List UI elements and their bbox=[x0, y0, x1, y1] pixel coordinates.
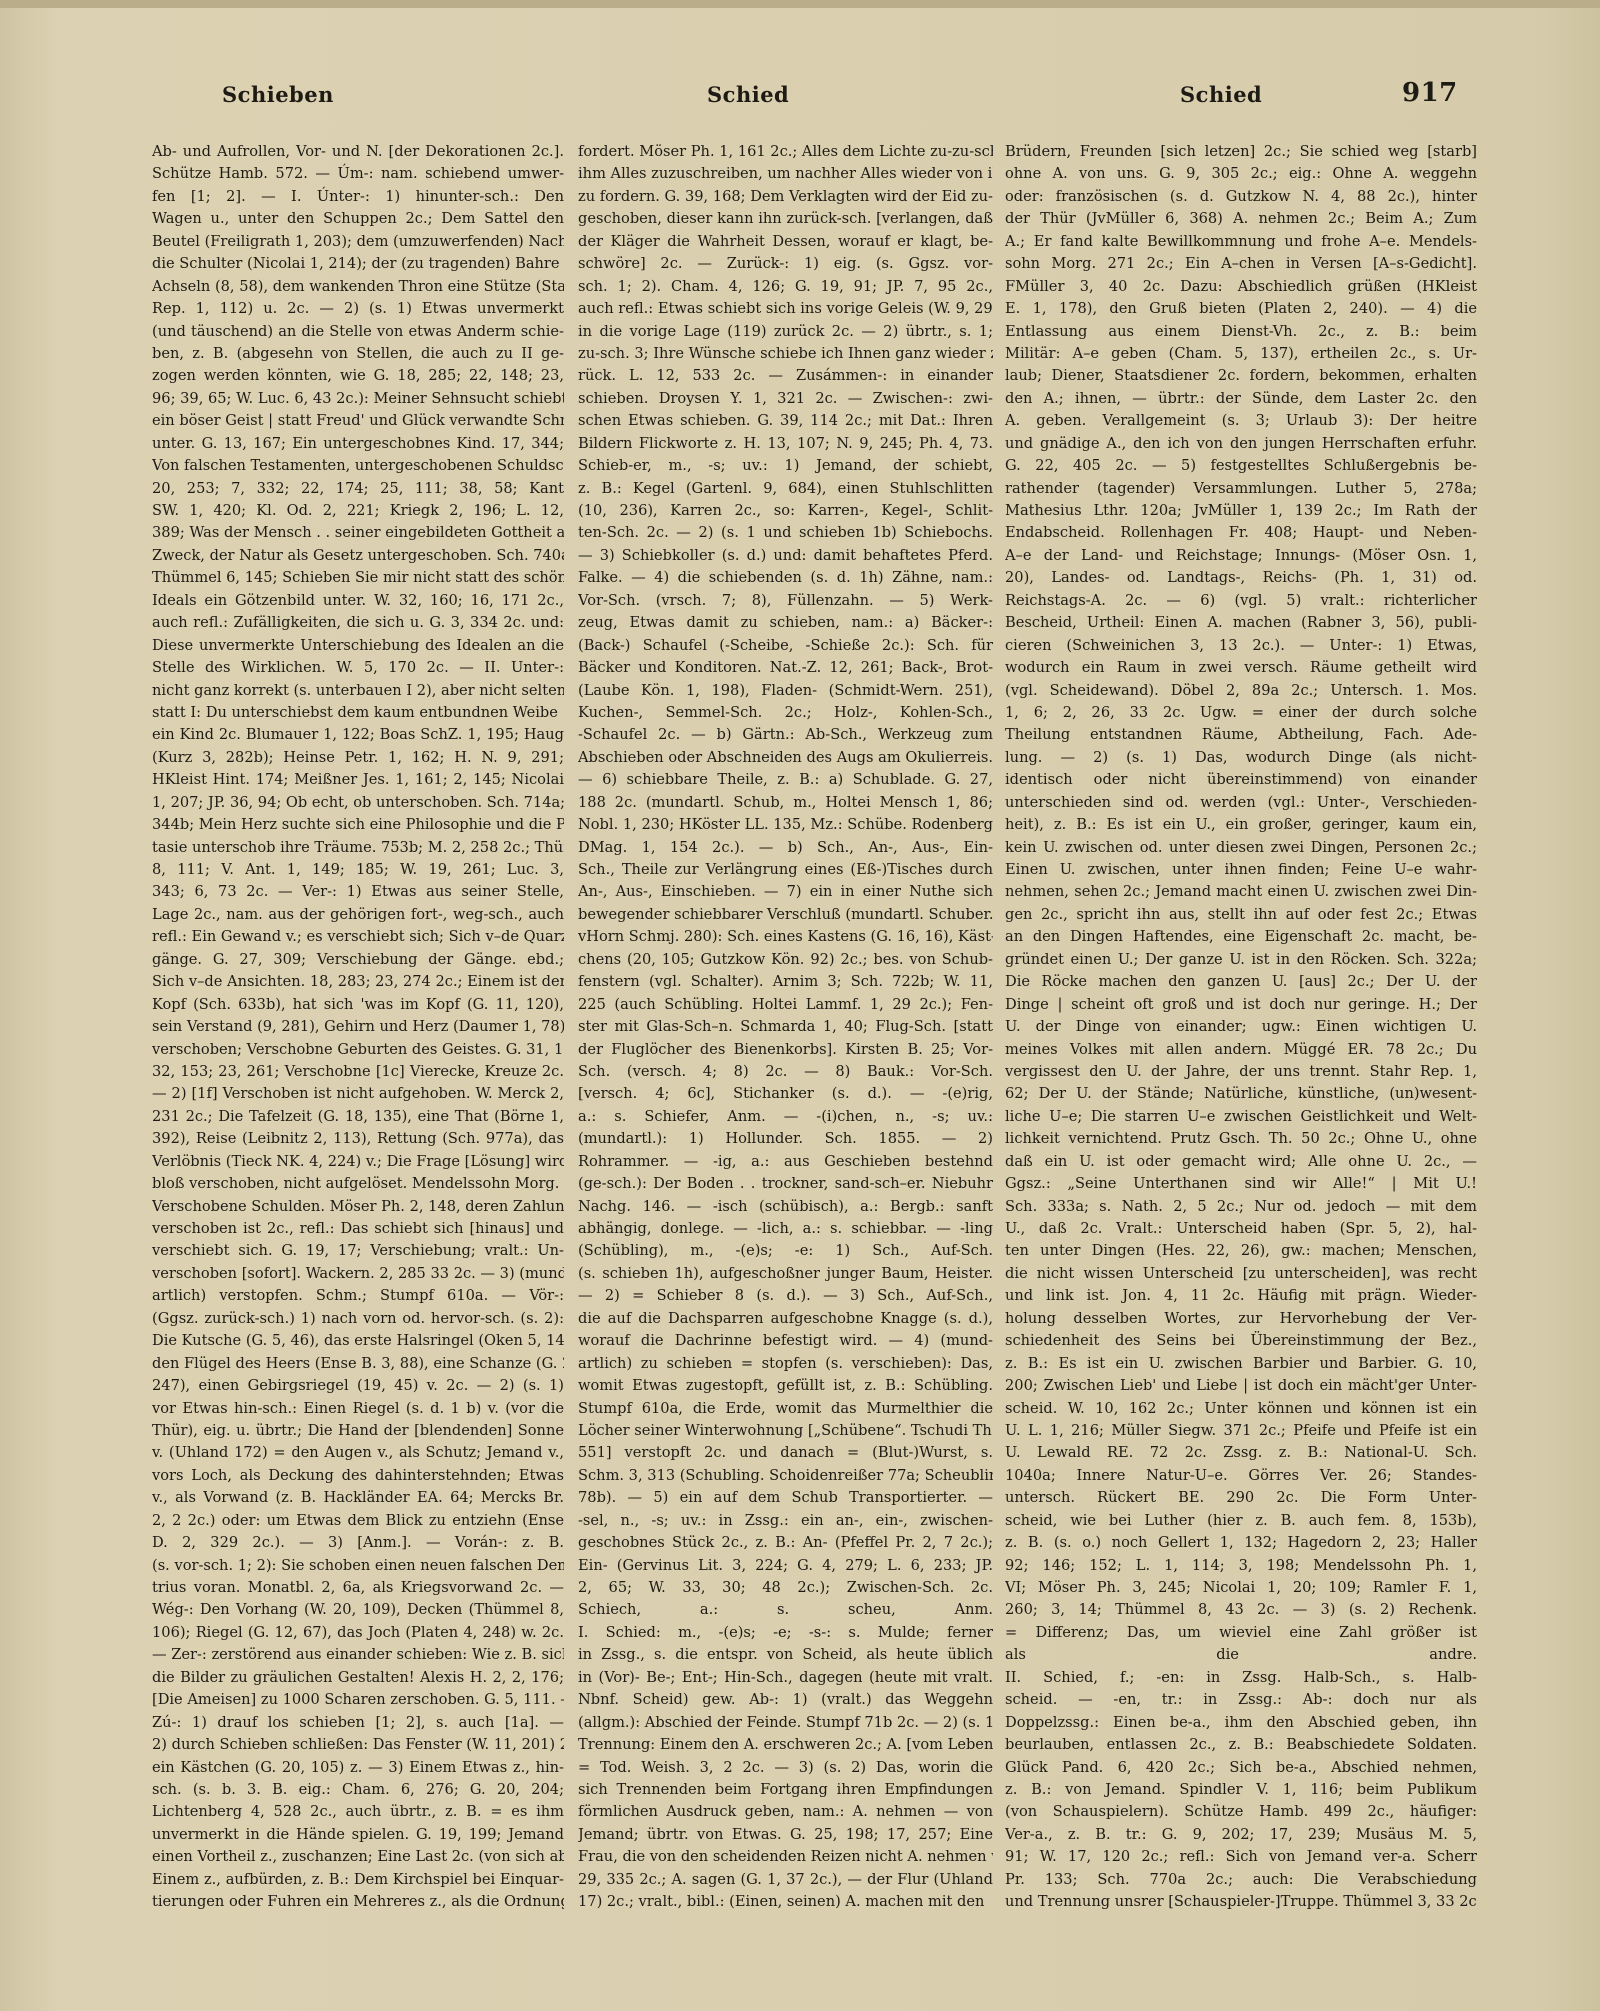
text-line: Zú-: 1) drauf los schieben [1; 2], s. au… bbox=[152, 1712, 564, 1734]
text-line: tasie unterschob ihre Träume. 753b; M. 2… bbox=[152, 837, 564, 859]
text-line: Rohrammer. — -ig, a.: aus Geschieben bes… bbox=[578, 1151, 993, 1173]
text-line: Wég-: Den Vorhang (W. 20, 109), Decken (… bbox=[152, 1599, 564, 1621]
text-line: den A.; ihnen, — übrtr.: der Sünde, dem … bbox=[1005, 388, 1477, 410]
dictionary-page: Schieben Schied Schied 917 Ab- und Aufro… bbox=[0, 0, 1600, 2011]
text-column-left: Ab- und Aufrollen, Vor- und N. [der Deko… bbox=[152, 141, 564, 1914]
text-line: schwöre] 2c. — Zurück-: 1) eig. (s. Ggsz… bbox=[578, 253, 993, 275]
text-line: II. Schied, f.; -en: in Zssg. Halb-Sch.,… bbox=[1005, 1667, 1477, 1689]
text-line: (vgl. Scheidewand). Döbel 2, 89a 2c.; Un… bbox=[1005, 680, 1477, 702]
text-line: (Schübling), m., -(e)s; -e: 1) Sch., Auf… bbox=[578, 1240, 993, 1262]
text-line: Brüdern, Freunden [sich letzen] 2c.; Sie… bbox=[1005, 141, 1477, 163]
text-line: VI; Möser Ph. 3, 245; Nicolai 1, 20; 109… bbox=[1005, 1577, 1477, 1599]
text-line: Bäcker und Konditoren. Nat.-Z. 12, 261; … bbox=[578, 657, 993, 679]
text-line: 260; 3, 14; Thümmel 8, 43 2c. — 3) (s. 2… bbox=[1005, 1599, 1477, 1621]
text-line: cieren (Schweinichen 3, 13 2c.). — Unter… bbox=[1005, 635, 1477, 657]
text-line: Ver-a., z. B. tr.: G. 9, 202; 17, 239; M… bbox=[1005, 1824, 1477, 1846]
text-line: vHorn Schmj. 280): Sch. eines Kastens (G… bbox=[578, 926, 993, 948]
text-line: — 6) schiebbare Theile, z. B.: a) Schubl… bbox=[578, 769, 993, 791]
text-line: Schm. 3, 313 (Schubling. Schoidenreißer … bbox=[578, 1465, 993, 1487]
text-line: 231 2c.; Die Tafelzeit (G. 18, 135), ein… bbox=[152, 1106, 564, 1128]
text-line: wodurch ein Raum in zwei versch. Räume g… bbox=[1005, 657, 1477, 679]
text-line: vor Etwas hin-sch.: Einen Riegel (s. d. … bbox=[152, 1398, 564, 1420]
text-line: Einen U. zwischen, unter ihnen finden; F… bbox=[1005, 859, 1477, 881]
text-line: oder: französischen (s. d. Gutzkow N. 4,… bbox=[1005, 186, 1477, 208]
text-line: (Ggsz. zurück-sch.) 1) nach vorn od. her… bbox=[152, 1308, 564, 1330]
text-line: Sch. 333a; s. Nath. 2, 5 2c.; Nur od. je… bbox=[1005, 1196, 1477, 1218]
text-line: A–e der Land- und Reichstage; Innungs- (… bbox=[1005, 545, 1477, 567]
text-line: Von falschen Testamenten, untergeschoben… bbox=[152, 455, 564, 477]
text-line: 344b; Mein Herz suchte sich eine Philoso… bbox=[152, 814, 564, 836]
text-line: Diese unvermerkte Unterschiebung des Ide… bbox=[152, 635, 564, 657]
text-line: heit), z. B.: Es ist ein U., ein großer,… bbox=[1005, 814, 1477, 836]
text-line: in Zssg., s. die entspr. von Scheid, als… bbox=[578, 1644, 993, 1666]
text-line: (Kurz 3, 282b); Heinse Petr. 1, 162; H. … bbox=[152, 747, 564, 769]
text-line: Wagen u., unter den Schuppen 2c.; Dem Sa… bbox=[152, 208, 564, 230]
text-line: Löcher seiner Winterwohnung [„Schübene“.… bbox=[578, 1420, 993, 1442]
text-line: (Back-) Schaufel (-Scheibe, -Schieße 2c.… bbox=[578, 635, 993, 657]
text-line: sich Trennenden beim Fortgang ihren Empf… bbox=[578, 1779, 993, 1801]
text-line: Verlöbnis (Tieck NK. 4, 224) v.; Die Fra… bbox=[152, 1151, 564, 1173]
text-line: kein U. zwischen od. unter diesen zwei D… bbox=[1005, 837, 1477, 859]
text-line: Stumpf 610a, die Erde, womit das Murmelt… bbox=[578, 1398, 993, 1420]
text-column-right: Brüdern, Freunden [sich letzen] 2c.; Sie… bbox=[1005, 141, 1477, 1914]
text-line: E. 1, 178), den Gruß bieten (Platen 2, 2… bbox=[1005, 298, 1477, 320]
text-line: verschoben ist 2c., refl.: Das schiebt s… bbox=[152, 1218, 564, 1240]
text-line: 8, 111; V. Ant. 1, 149; 185; W. 19, 261;… bbox=[152, 859, 564, 881]
text-line: = Differenz; Das, um wieviel eine Zahl g… bbox=[1005, 1622, 1477, 1644]
text-line: ihm Alles zuzuschreiben, um nachher Alle… bbox=[578, 163, 993, 185]
text-line: (allgm.): Abschied der Feinde. Stumpf 71… bbox=[578, 1712, 993, 1734]
text-line: 17) 2c.; vralt., bibl.: (Einen, seinen) … bbox=[578, 1891, 993, 1913]
text-line: ster mit Glas-Sch–n. Schmarda 1, 40; Flu… bbox=[578, 1016, 993, 1038]
text-line: 389; Was der Mensch . . seiner eingebild… bbox=[152, 522, 564, 544]
text-line: (Laube Kön. 1, 198), Fladen- (Schmidt-We… bbox=[578, 680, 993, 702]
text-line: G. 22, 405 2c. — 5) festgestelltes Schlu… bbox=[1005, 455, 1477, 477]
page-top-edge bbox=[0, 0, 1600, 8]
text-line: sch. (s. b. 3. B. eig.: Cham. 6, 276; G.… bbox=[152, 1779, 564, 1801]
text-line: statt I: Du unterschiebst dem kaum entbu… bbox=[152, 702, 564, 724]
text-line: Zweck, der Natur als Gesetz untergeschob… bbox=[152, 545, 564, 567]
text-line: gen 2c., spricht ihn aus, stellt ihn auf… bbox=[1005, 904, 1477, 926]
text-line: sohn Morg. 271 2c.; Ein A–chen in Versen… bbox=[1005, 253, 1477, 275]
text-line: auch refl.: Zufälligkeiten, die sich u. … bbox=[152, 612, 564, 634]
text-line: vergissest den U. der Jahre, der uns tre… bbox=[1005, 1061, 1477, 1083]
text-line: ben, z. B. (abgesehn von Stellen, die au… bbox=[152, 343, 564, 365]
text-line: geschobnes Stück 2c., z. B.: An- (Pfeffe… bbox=[578, 1532, 993, 1554]
text-line: laub; Diener, Staatsdiener 2c. fordern, … bbox=[1005, 365, 1477, 387]
text-line: Falke. — 4) die schiebenden (s. d. 1h) Z… bbox=[578, 567, 993, 589]
text-line: (und täuschend) an die Stelle von etwas … bbox=[152, 321, 564, 343]
text-line: der Fluglöcher des Bienenkorbs]. Kirsten… bbox=[578, 1039, 993, 1061]
text-line: SW. 1, 420; Kl. Od. 2, 221; Kriegk 2, 19… bbox=[152, 500, 564, 522]
text-line: (ge-sch.): Der Boden . . trockner, sand-… bbox=[578, 1173, 993, 1195]
text-line: a.: s. Schiefer, Anm. — -(i)chen, n., -s… bbox=[578, 1106, 993, 1128]
text-line: rück. L. 12, 533 2c. — Zusámmen-: in ein… bbox=[578, 365, 993, 387]
text-line: tierungen oder Fuhren ein Mehreres z., a… bbox=[152, 1891, 564, 1913]
text-line: A. geben. Verallgemeint (s. 3; Urlaub 3)… bbox=[1005, 410, 1477, 432]
text-line: fen [1; 2]. — I. Únter-: 1) hinunter-sch… bbox=[152, 186, 564, 208]
text-line: und gnädige A., den ich von den jungen H… bbox=[1005, 433, 1477, 455]
text-line: die Bilder zu gräulichen Gestalten! Alex… bbox=[152, 1667, 564, 1689]
text-line: zogen werden könnten, wie G. 18, 285; 22… bbox=[152, 365, 564, 387]
text-line: (von Schauspielern). Schütze Hamb. 499 2… bbox=[1005, 1801, 1477, 1823]
text-line: 96; 39, 65; W. Luc. 6, 43 2c.): Meiner S… bbox=[152, 388, 564, 410]
text-line: Frau, die von den scheidenden Reizen nic… bbox=[578, 1846, 993, 1868]
text-line: ein Kästchen (G. 20, 105) z. — 3) Einem … bbox=[152, 1757, 564, 1779]
text-line: gänge. G. 27, 309; Verschiebung der Gäng… bbox=[152, 949, 564, 971]
text-line: den Flügel des Heers (Ense B. 3, 88), ei… bbox=[152, 1353, 564, 1375]
text-line: 1, 6; 2, 26, 33 2c. Ugw. = einer der dur… bbox=[1005, 702, 1477, 724]
text-line: zeug, Etwas damit zu schieben, nam.: a) … bbox=[578, 612, 993, 634]
text-line: schiedenheit des Seins bei Übereinstimmu… bbox=[1005, 1330, 1477, 1352]
text-line: womit Etwas zugestopft, gefüllt ist, z. … bbox=[578, 1375, 993, 1397]
text-line: 225 (auch Schübling. Holtei Lammf. 1, 29… bbox=[578, 994, 993, 1016]
text-line: 247), einen Gebirgsriegel (19, 45) v. 2c… bbox=[152, 1375, 564, 1397]
text-line: unvermerkt in die Hände spielen. G. 19, … bbox=[152, 1824, 564, 1846]
text-line: 2) durch Schieben schließen: Das Fenster… bbox=[152, 1734, 564, 1756]
running-head-left: Schieben bbox=[222, 82, 334, 107]
text-line: scheid, wie bei Luther (hier z. B. auch … bbox=[1005, 1510, 1477, 1532]
text-line: verschoben [sofort]. Wackern. 2, 285 33 … bbox=[152, 1263, 564, 1285]
text-line: — Zer-: zerstörend aus einander schieben… bbox=[152, 1644, 564, 1666]
text-line: v. (Uhland 172) = den Augen v., als Schu… bbox=[152, 1442, 564, 1464]
text-line: Bildern Flickworte z. H. 13, 107; N. 9, … bbox=[578, 433, 993, 455]
text-line: lung. — 2) (s. 1) Das, wodurch Dinge (al… bbox=[1005, 747, 1477, 769]
text-line: z. B.: von Jemand. Spindler V. 1, 116; b… bbox=[1005, 1779, 1477, 1801]
text-line: Lichtenberg 4, 528 2c., auch übrtr., z. … bbox=[152, 1801, 564, 1823]
text-line: artlich) verstopfen. Schm.; Stumpf 610a.… bbox=[152, 1285, 564, 1307]
text-line: einen Vortheil z., zuschanzen; Eine Last… bbox=[152, 1846, 564, 1868]
text-line: Schiech, a.: s. scheu, Anm. bbox=[578, 1599, 993, 1621]
text-line: Pr. 133; Sch. 770a 2c.; auch: Die Verabs… bbox=[1005, 1869, 1477, 1891]
text-line: fenstern (vgl. Schalter). Arnim 3; Sch. … bbox=[578, 971, 993, 993]
text-line: ein Kind 2c. Blumauer 1, 122; Boas SchZ.… bbox=[152, 724, 564, 746]
text-line: worauf die Dachrinne befestigt wird. — 4… bbox=[578, 1330, 993, 1352]
text-line: = Tod. Weish. 3, 2 2c. — 3) (s. 2) Das, … bbox=[578, 1757, 993, 1779]
text-line: bloß verschoben, nicht aufgelöset. Mende… bbox=[152, 1173, 564, 1195]
text-line: Ideals ein Götzenbild unter. W. 32, 160;… bbox=[152, 590, 564, 612]
text-line: die Schulter (Nicolai 1, 214); der (zu t… bbox=[152, 253, 564, 275]
text-line: Dinge | scheint oft groß und ist doch nu… bbox=[1005, 994, 1477, 1016]
text-line: (s. vor-sch. 1; 2): Sie schoben einen ne… bbox=[152, 1555, 564, 1577]
text-line: zu-sch. 3; Ihre Wünsche schiebe ich Ihne… bbox=[578, 343, 993, 365]
text-line: die nicht wissen Unterscheid [zu untersc… bbox=[1005, 1263, 1477, 1285]
text-line: sch. 1; 2). Cham. 4, 126; G. 19, 91; JP.… bbox=[578, 276, 993, 298]
text-line: ten unter Dingen (Hes. 22, 26), gw.: mac… bbox=[1005, 1240, 1477, 1262]
text-line: 91; W. 17, 120 2c.; refl.: Sich von Jema… bbox=[1005, 1846, 1477, 1868]
running-head-right: Schied bbox=[1180, 82, 1262, 107]
text-line: Mathesius Lthr. 120a; JvMüller 1, 139 2c… bbox=[1005, 500, 1477, 522]
text-line: 62; Der U. der Stände; Natürliche, künst… bbox=[1005, 1083, 1477, 1105]
text-line: abhängig, donlege. — -lich, a.: s. schie… bbox=[578, 1218, 993, 1240]
text-line: daß ein U. ist oder gemacht wird; Alle o… bbox=[1005, 1151, 1477, 1173]
text-line: Sch. (versch. 4; 8) 2c. — 8) Bauk.: Vor-… bbox=[578, 1061, 993, 1083]
text-line: — 3) Schiebkoller (s. d.) und: damit beh… bbox=[578, 545, 993, 567]
text-line: Die Röcke machen den ganzen U. [aus] 2c.… bbox=[1005, 971, 1477, 993]
text-line: sein Verstand (9, 281), Gehirn und Herz … bbox=[152, 1016, 564, 1038]
text-line: z. B.: Kegel (Gartenl. 9, 684), einen St… bbox=[578, 478, 993, 500]
text-line: -Schaufel 2c. — b) Gärtn.: Ab-Sch., Werk… bbox=[578, 724, 993, 746]
page-number: 917 bbox=[1402, 78, 1458, 108]
text-line: schieben. Droysen Y. 1, 321 2c. — Zwisch… bbox=[578, 388, 993, 410]
text-line: 2, 65; W. 33, 30; 48 2c.); Zwischen-Sch.… bbox=[578, 1577, 993, 1599]
text-line: Trennung: Einem den A. erschweren 2c.; A… bbox=[578, 1734, 993, 1756]
text-line: meines Volkes mit allen andern. Müggé ER… bbox=[1005, 1039, 1477, 1061]
text-line: zu fordern. G. 39, 168; Dem Verklagten w… bbox=[578, 186, 993, 208]
text-line: Rep. 1, 112) u. 2c. — 2) (s. 1) Etwas un… bbox=[152, 298, 564, 320]
text-line: A.; Er fand kalte Bewillkommnung und fro… bbox=[1005, 231, 1477, 253]
text-line: auch refl.: Etwas schiebt sich ins vorig… bbox=[578, 298, 993, 320]
text-line: Stelle des Wirklichen. W. 5, 170 2c. — I… bbox=[152, 657, 564, 679]
text-line: scheid. — -en, tr.: in Zssg.: Ab-: doch … bbox=[1005, 1689, 1477, 1711]
text-line: nehmen, sehen 2c.; Jemand macht einen U.… bbox=[1005, 881, 1477, 903]
text-line: Einem z., aufbürden, z. B.: Dem Kirchspi… bbox=[152, 1869, 564, 1891]
text-line: 392), Reise (Leibnitz 2, 113), Rettung (… bbox=[152, 1128, 564, 1150]
text-line: 1, 207; JP. 36, 94; Ob echt, ob untersch… bbox=[152, 792, 564, 814]
text-line: DMag. 1, 154 2c.). — b) Sch., An-, Aus-,… bbox=[578, 837, 993, 859]
text-line: (mundartl.): 1) Hollunder. Sch. 1855. — … bbox=[578, 1128, 993, 1150]
text-line: -sel, n., -s; uv.: in Zssg.: ein an-, ei… bbox=[578, 1510, 993, 1532]
text-line: 92; 146; 152; L. 1, 114; 3, 198; Mendels… bbox=[1005, 1555, 1477, 1577]
text-line: in die vorige Lage (119) zurück 2c. — 2)… bbox=[578, 321, 993, 343]
text-column-middle: fordert. Möser Ph. 1, 161 2c.; Alles dem… bbox=[578, 141, 993, 1914]
text-line: trius voran. Monatbl. 2, 6a, als Kriegsv… bbox=[152, 1577, 564, 1599]
text-line: 1040a; Innere Natur-U–e. Görres Ver. 26;… bbox=[1005, 1465, 1477, 1487]
text-line: gründet einen U.; Der ganze U. ist in de… bbox=[1005, 949, 1477, 971]
text-line: Die Kutsche (G. 5, 46), das erste Halsri… bbox=[152, 1330, 564, 1352]
text-line: Theilung entstandnen Räume, Abtheilung, … bbox=[1005, 724, 1477, 746]
text-line: Bescheid, Urtheil: Einen A. machen (Rabn… bbox=[1005, 612, 1477, 634]
text-line: Beutel (Freiligrath 1, 203); dem (umzuwe… bbox=[152, 231, 564, 253]
text-line: holung desselben Wortes, zur Hervorhebun… bbox=[1005, 1308, 1477, 1330]
text-line: Kuchen-, Semmel-Sch. 2c.; Holz-, Kohlen-… bbox=[578, 702, 993, 724]
text-line: Ggsz.: „Seine Unterthanen sind wir Alle!… bbox=[1005, 1173, 1477, 1195]
text-line: Militär: A–e geben (Cham. 5, 137), erthe… bbox=[1005, 343, 1477, 365]
text-line: Glück Pand. 6, 420 2c.; Sich be-a., Absc… bbox=[1005, 1757, 1477, 1779]
text-line: 20), Landes- od. Landtags-, Reichs- (Ph.… bbox=[1005, 567, 1477, 589]
text-line: [Die Ameisen] zu 1000 Scharen zerschoben… bbox=[152, 1689, 564, 1711]
text-line: fordert. Möser Ph. 1, 161 2c.; Alles dem… bbox=[578, 141, 993, 163]
text-line: Thümmel 6, 145; Schieben Sie mir nicht s… bbox=[152, 567, 564, 589]
text-line: nicht ganz korrekt (s. unterbauen I 2), … bbox=[152, 680, 564, 702]
text-line: lichkeit vernichtend. Prutz Gsch. Th. 50… bbox=[1005, 1128, 1477, 1150]
text-line: z. B. (s. o.) noch Gellert 1, 132; Haged… bbox=[1005, 1532, 1477, 1554]
text-line: Sich v–de Ansichten. 18, 283; 23, 274 2c… bbox=[152, 971, 564, 993]
text-line: chens (20, 105; Gutzkow Kön. 92) 2c.; be… bbox=[578, 949, 993, 971]
text-line: Jemand; übrtr. von Etwas. G. 25, 198; 17… bbox=[578, 1824, 993, 1846]
text-line: bewegender schiebbarer Verschluß (mundar… bbox=[578, 904, 993, 926]
text-line: verschoben; Verschobne Geburten des Geis… bbox=[152, 1039, 564, 1061]
text-line: Entlassung aus einem Dienst-Vh. 2c., z. … bbox=[1005, 321, 1477, 343]
text-line: U. der Dinge von einander; ugw.: Einen w… bbox=[1005, 1016, 1477, 1038]
text-line: Thür), eig. u. übrtr.; Die Hand der [ble… bbox=[152, 1420, 564, 1442]
text-line: v., als Vorwand (z. B. Hackländer EA. 64… bbox=[152, 1487, 564, 1509]
text-line: [versch. 4; 6c], Stichanker (s. d.). — -… bbox=[578, 1083, 993, 1105]
text-line: U. L. 1, 216; Müller Siegw. 371 2c.; Pfe… bbox=[1005, 1420, 1477, 1442]
text-line: Vor-Sch. (vrsch. 7; 8), Füllenzahn. — 5)… bbox=[578, 590, 993, 612]
text-line: Ein- (Gervinus Lit. 3, 224; G. 4, 279; L… bbox=[578, 1555, 993, 1577]
text-line: beurlauben, entlassen 2c., z. B.: Beabsc… bbox=[1005, 1734, 1477, 1756]
text-line: 29, 335 2c.; A. sagen (G. 1, 37 2c.), — … bbox=[578, 1869, 993, 1891]
text-line: artlich) zu schieben = stopfen (s. versc… bbox=[578, 1353, 993, 1375]
text-line: Kopf (Sch. 633b), hat sich 'was im Kopf … bbox=[152, 994, 564, 1016]
text-line: — 2) [1f] Verschoben ist nicht aufgehobe… bbox=[152, 1083, 564, 1105]
text-line: liche U–e; Die starren U–e zwischen Geis… bbox=[1005, 1106, 1477, 1128]
text-line: rathender (tagender) Versammlungen. Luth… bbox=[1005, 478, 1477, 500]
text-line: verschiebt sich. G. 19, 17; Verschiebung… bbox=[152, 1240, 564, 1262]
text-line: — 2) = Schieber 8 (s. d.). — 3) Sch., Au… bbox=[578, 1285, 993, 1307]
text-line: refl.: Ein Gewand v.; es verschiebt sich… bbox=[152, 926, 564, 948]
text-line: geschoben, dieser kann ihn zurück-sch. [… bbox=[578, 208, 993, 230]
text-line: 551] verstopft 2c. und danach = (Blut-)W… bbox=[578, 1442, 993, 1464]
text-line: Schieb-er, m., -s; uv.: 1) Jemand, der s… bbox=[578, 455, 993, 477]
text-line: der Kläger die Wahrheit Dessen, worauf e… bbox=[578, 231, 993, 253]
text-line: ein böser Geist | statt Freud' und Glück… bbox=[152, 410, 564, 432]
text-line: An-, Aus-, Einschieben. — 7) ein in eine… bbox=[578, 881, 993, 903]
text-line: als die andre. bbox=[1005, 1644, 1477, 1666]
text-line: und Trennung unsrer [Schauspieler-]Trupp… bbox=[1005, 1891, 1477, 1913]
text-line: Verschobene Schulden. Möser Ph. 2, 148, … bbox=[152, 1196, 564, 1218]
text-line: (10, 236), Karren 2c., so: Karren-, Kege… bbox=[578, 500, 993, 522]
text-line: unterschieden sind od. werden (vgl.: Unt… bbox=[1005, 792, 1477, 814]
text-line: Lage 2c., nam. aus der gehörigen fort-, … bbox=[152, 904, 564, 926]
text-line: Nachg. 146. — -isch (schübisch), a.: Ber… bbox=[578, 1196, 993, 1218]
text-line: schen Etwas schieben. G. 39, 114 2c.; mi… bbox=[578, 410, 993, 432]
text-line: I. Schied: m., -(e)s; -e; -s-: s. Mulde;… bbox=[578, 1622, 993, 1644]
text-line: identisch oder nicht übereinstimmend) vo… bbox=[1005, 769, 1477, 791]
text-line: Ab- und Aufrollen, Vor- und N. [der Deko… bbox=[152, 141, 564, 163]
text-line: 343; 6, 73 2c. — Ver-: 1) Etwas aus sein… bbox=[152, 881, 564, 903]
text-line: vors Loch, als Deckung des dahinterstehn… bbox=[152, 1465, 564, 1487]
text-line: 78b). — 5) ein auf dem Schub Transportie… bbox=[578, 1487, 993, 1509]
text-line: scheid. W. 10, 162 2c.; Unter können und… bbox=[1005, 1398, 1477, 1420]
text-line: (s. schieben 1h), aufgeschoßner junger B… bbox=[578, 1263, 993, 1285]
text-line: Nbnf. Scheid) gew. Ab-: 1) (vralt.) das … bbox=[578, 1689, 993, 1711]
text-line: förmlichen Ausdruck geben, nam.: A. nehm… bbox=[578, 1801, 993, 1823]
text-line: ten-Sch. 2c. — 2) (s. 1 und schieben 1b)… bbox=[578, 522, 993, 544]
text-line: U., daß 2c. Vralt.: Unterscheid haben (S… bbox=[1005, 1218, 1477, 1240]
text-line: der Thür (JvMüller 6, 368) A. nehmen 2c.… bbox=[1005, 208, 1477, 230]
text-line: unter. G. 13, 167; Ein untergeschobnes K… bbox=[152, 433, 564, 455]
text-line: HKleist Hint. 174; Meißner Jes. 1, 161; … bbox=[152, 769, 564, 791]
text-line: und link ist. Jon. 4, 11 2c. Häufig mit … bbox=[1005, 1285, 1477, 1307]
text-line: ohne A. von uns. G. 9, 305 2c.; eig.: Oh… bbox=[1005, 163, 1477, 185]
text-line: Schütze Hamb. 572. — Úm-: nam. schiebend… bbox=[152, 163, 564, 185]
text-line: an den Dingen Haftendes, eine Eigenschaf… bbox=[1005, 926, 1477, 948]
running-header: Schieben Schied Schied 917 bbox=[0, 82, 1600, 118]
text-line: 32, 153; 23, 261; Verschobne [1c] Vierec… bbox=[152, 1061, 564, 1083]
text-line: 2, 2 2c.) oder: um Etwas dem Blick zu en… bbox=[152, 1510, 564, 1532]
text-line: Reichstags-A. 2c. — 6) (vgl. 5) vralt.: … bbox=[1005, 590, 1477, 612]
text-line: die auf die Dachsparren aufgeschobne Kna… bbox=[578, 1308, 993, 1330]
text-line: Nobl. 1, 230; HKöster LL. 135, Mz.: Schü… bbox=[578, 814, 993, 836]
text-line: untersch. Rückert BE. 290 2c. Die Form U… bbox=[1005, 1487, 1477, 1509]
text-line: 188 2c. (mundartl. Schub, m., Holtei Men… bbox=[578, 792, 993, 814]
text-line: 200; Zwischen Lieb' und Liebe | ist doch… bbox=[1005, 1375, 1477, 1397]
text-line: Achseln (8, 58), dem wankenden Thron ein… bbox=[152, 276, 564, 298]
text-line: 20, 253; 7, 332; 22, 174; 25, 111; 38, 5… bbox=[152, 478, 564, 500]
text-line: D. 2, 329 2c.). — 3) [Anm.]. — Vorán-: z… bbox=[152, 1532, 564, 1554]
text-line: U. Lewald RE. 72 2c. Zssg. z. B.: Nation… bbox=[1005, 1442, 1477, 1464]
text-line: 106); Riegel (G. 12, 67), das Joch (Plat… bbox=[152, 1622, 564, 1644]
text-line: Sch., Theile zur Verlängrung eines (Eß-)… bbox=[578, 859, 993, 881]
text-line: Doppelzssg.: Einen be-a., ihm den Abschi… bbox=[1005, 1712, 1477, 1734]
text-line: in (Vor)- Be-; Ent-; Hin-Sch., dagegen (… bbox=[578, 1667, 993, 1689]
text-line: z. B.: Es ist ein U. zwischen Barbier un… bbox=[1005, 1353, 1477, 1375]
text-line: Endabscheid. Rollenhagen Fr. 408; Haupt-… bbox=[1005, 522, 1477, 544]
running-head-center: Schied bbox=[707, 82, 789, 107]
text-line: Abschieben oder Abschneiden des Augs am … bbox=[578, 747, 993, 769]
text-line: FMüller 3, 40 2c. Dazu: Abschiedlich grü… bbox=[1005, 276, 1477, 298]
